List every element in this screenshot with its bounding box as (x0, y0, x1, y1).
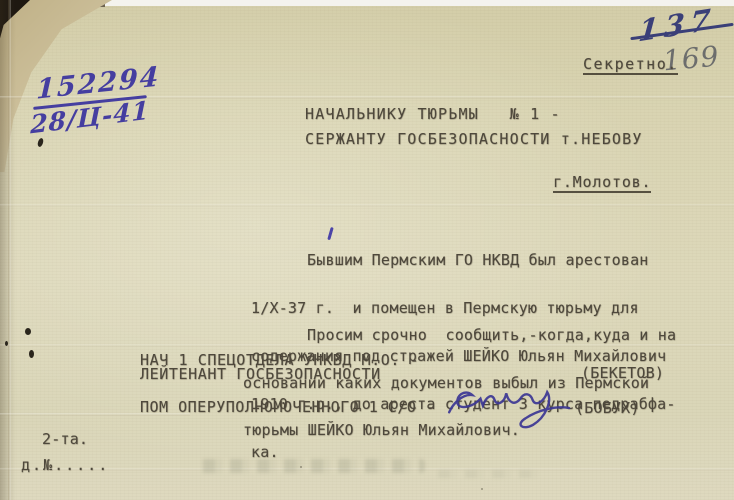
ink-speck (25, 328, 31, 335)
file-number-note: д.№..... (21, 457, 109, 473)
addressee-line-1: НАЧАЛЬНИКУ ТЮРЬМЫ № 1 - (305, 106, 561, 122)
ink-speck (5, 341, 8, 346)
signatory-1-title: ЛЕЙТЕНАНТ ГОСБЕЗОПАСНОСТИ (140, 366, 381, 382)
paper-crease (0, 204, 734, 207)
body-line: Бывшим Пермским ГО НКВД был арестован (251, 252, 676, 268)
signatory-1-name: (БЕКЕТОВ) (581, 365, 664, 381)
signatory-2-title: ПОМ ОПЕРУПОЛНОМОЧЕННОГО 1 С/О - (140, 399, 435, 415)
scanned-document-page: 152294 28/Ц-41 137 169 Секретно. НАЧАЛЬН… (0, 0, 734, 500)
ink-speck (29, 350, 34, 358)
signature-scribble (441, 373, 582, 442)
body-line: Просим срочно сообщить,-когда,куда и на (243, 327, 676, 343)
classification-label: Секретно. (583, 56, 678, 75)
copies-note: 2-та. (42, 431, 88, 447)
city-line: г.Молотов. (553, 174, 651, 193)
signatory-2-name: (БОБУХ) (575, 400, 640, 416)
addressee-line-2: СЕРЖАНТУ ГОСБЕЗОПАСНОСТИ т.НЕБОВУ (305, 131, 643, 147)
vertical-crease (8, 0, 11, 500)
